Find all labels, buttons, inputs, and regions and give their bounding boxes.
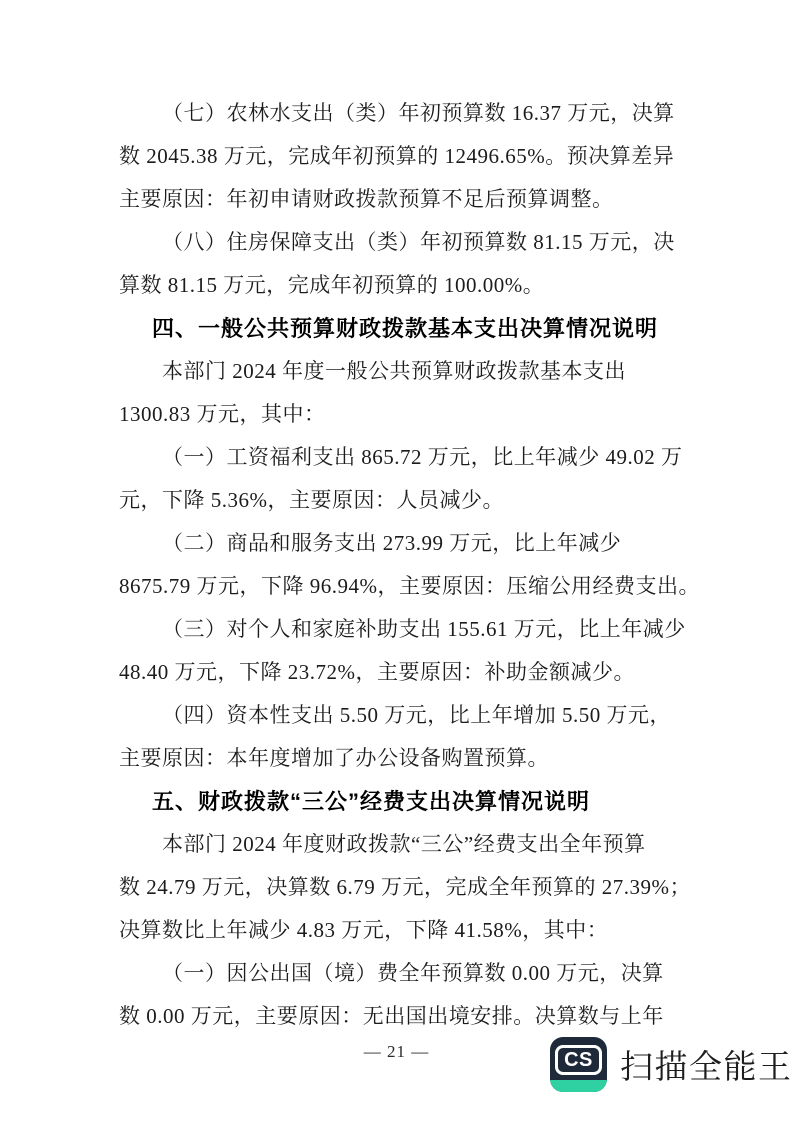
paragraph: （四）资本性支出 5.50 万元，比上年增加 5.50 万元，主要原因：本年度增…	[119, 694, 671, 780]
paragraph: 本部门 2024 年度财政拨款“三公”经费支出全年预算数 24.79 万元，决算…	[119, 823, 671, 952]
document-page: （七）农林水支出（类）年初预算数 16.37 万元，决算数 2045.38 万元…	[0, 0, 793, 1122]
text-line: （三）对个人和家庭补助支出 155.61 万元，比上年减少	[119, 608, 671, 651]
text-line: 8675.79 万元，下降 96.94%，主要原因：压缩公用经费支出。	[119, 565, 671, 608]
text-line: 本部门 2024 年度财政拨款“三公”经费支出全年预算	[119, 823, 671, 866]
text-line: 数 2045.38 万元，完成年初预算的 12496.65%。预决算差异	[119, 135, 671, 178]
section-heading: 四、一般公共预算财政拨款基本支出决算情况说明	[119, 307, 671, 350]
text-line: 五、财政拨款“三公”经费支出决算情况说明	[119, 780, 671, 823]
text-line: （一）因公出国（境）费全年预算数 0.00 万元，决算	[119, 952, 671, 995]
text-line: （二）商品和服务支出 273.99 万元，比上年减少	[119, 522, 671, 565]
page-number: — 21 —	[364, 1042, 430, 1061]
section-heading: 五、财政拨款“三公”经费支出决算情况说明	[119, 780, 671, 823]
document-body: （七）农林水支出（类）年初预算数 16.37 万元，决算数 2045.38 万元…	[119, 92, 671, 1038]
text-line: 本部门 2024 年度一般公共预算财政拨款基本支出	[119, 350, 671, 393]
camscanner-logo-icon: CS	[550, 1037, 607, 1092]
brand-name: 扫描全能王	[620, 1041, 793, 1088]
text-line: 48.40 万元，下降 23.72%，主要原因：补助金额减少。	[119, 651, 671, 694]
text-line: 主要原因：本年度增加了办公设备购置预算。	[119, 737, 671, 780]
paragraph: （七）农林水支出（类）年初预算数 16.37 万元，决算数 2045.38 万元…	[119, 92, 671, 221]
text-line: （七）农林水支出（类）年初预算数 16.37 万元，决算	[119, 92, 671, 135]
paragraph: （一）因公出国（境）费全年预算数 0.00 万元，决算数 0.00 万元，主要原…	[119, 952, 671, 1038]
text-line: 1300.83 万元，其中：	[119, 393, 671, 436]
paragraph: 本部门 2024 年度一般公共预算财政拨款基本支出1300.83 万元，其中：	[119, 350, 671, 436]
cs-letters: CS	[564, 1049, 593, 1072]
text-line: 算数 81.15 万元，完成年初预算的 100.00%。	[119, 264, 671, 307]
text-line: 元，下降 5.36%，主要原因：人员减少。	[119, 479, 671, 522]
text-line: 数 24.79 万元，决算数 6.79 万元，完成全年预算的 27.39%；	[119, 866, 671, 909]
text-line: 主要原因：年初申请财政拨款预算不足后预算调整。	[119, 178, 671, 221]
camscanner-watermark: CS 扫描全能王	[550, 1037, 793, 1092]
text-line: （一）工资福利支出 865.72 万元，比上年减少 49.02 万	[119, 436, 671, 479]
cs-letter-frame: CS	[555, 1045, 602, 1075]
paragraph: （八）住房保障支出（类）年初预算数 81.15 万元，决算数 81.15 万元，…	[119, 221, 671, 307]
paragraph: （三）对个人和家庭补助支出 155.61 万元，比上年减少48.40 万元，下降…	[119, 608, 671, 694]
text-line: （八）住房保障支出（类）年初预算数 81.15 万元，决	[119, 221, 671, 264]
text-line: 决算数比上年减少 4.83 万元，下降 41.58%，其中：	[119, 909, 671, 952]
paragraph: （二）商品和服务支出 273.99 万元，比上年减少8675.79 万元，下降 …	[119, 522, 671, 608]
text-line: （四）资本性支出 5.50 万元，比上年增加 5.50 万元，	[119, 694, 671, 737]
text-line: 数 0.00 万元，主要原因：无出国出境安排。决算数与上年	[119, 995, 671, 1038]
text-line: 四、一般公共预算财政拨款基本支出决算情况说明	[119, 307, 671, 350]
paragraph: （一）工资福利支出 865.72 万元，比上年减少 49.02 万元，下降 5.…	[119, 436, 671, 522]
cs-accent-bar	[550, 1080, 607, 1092]
